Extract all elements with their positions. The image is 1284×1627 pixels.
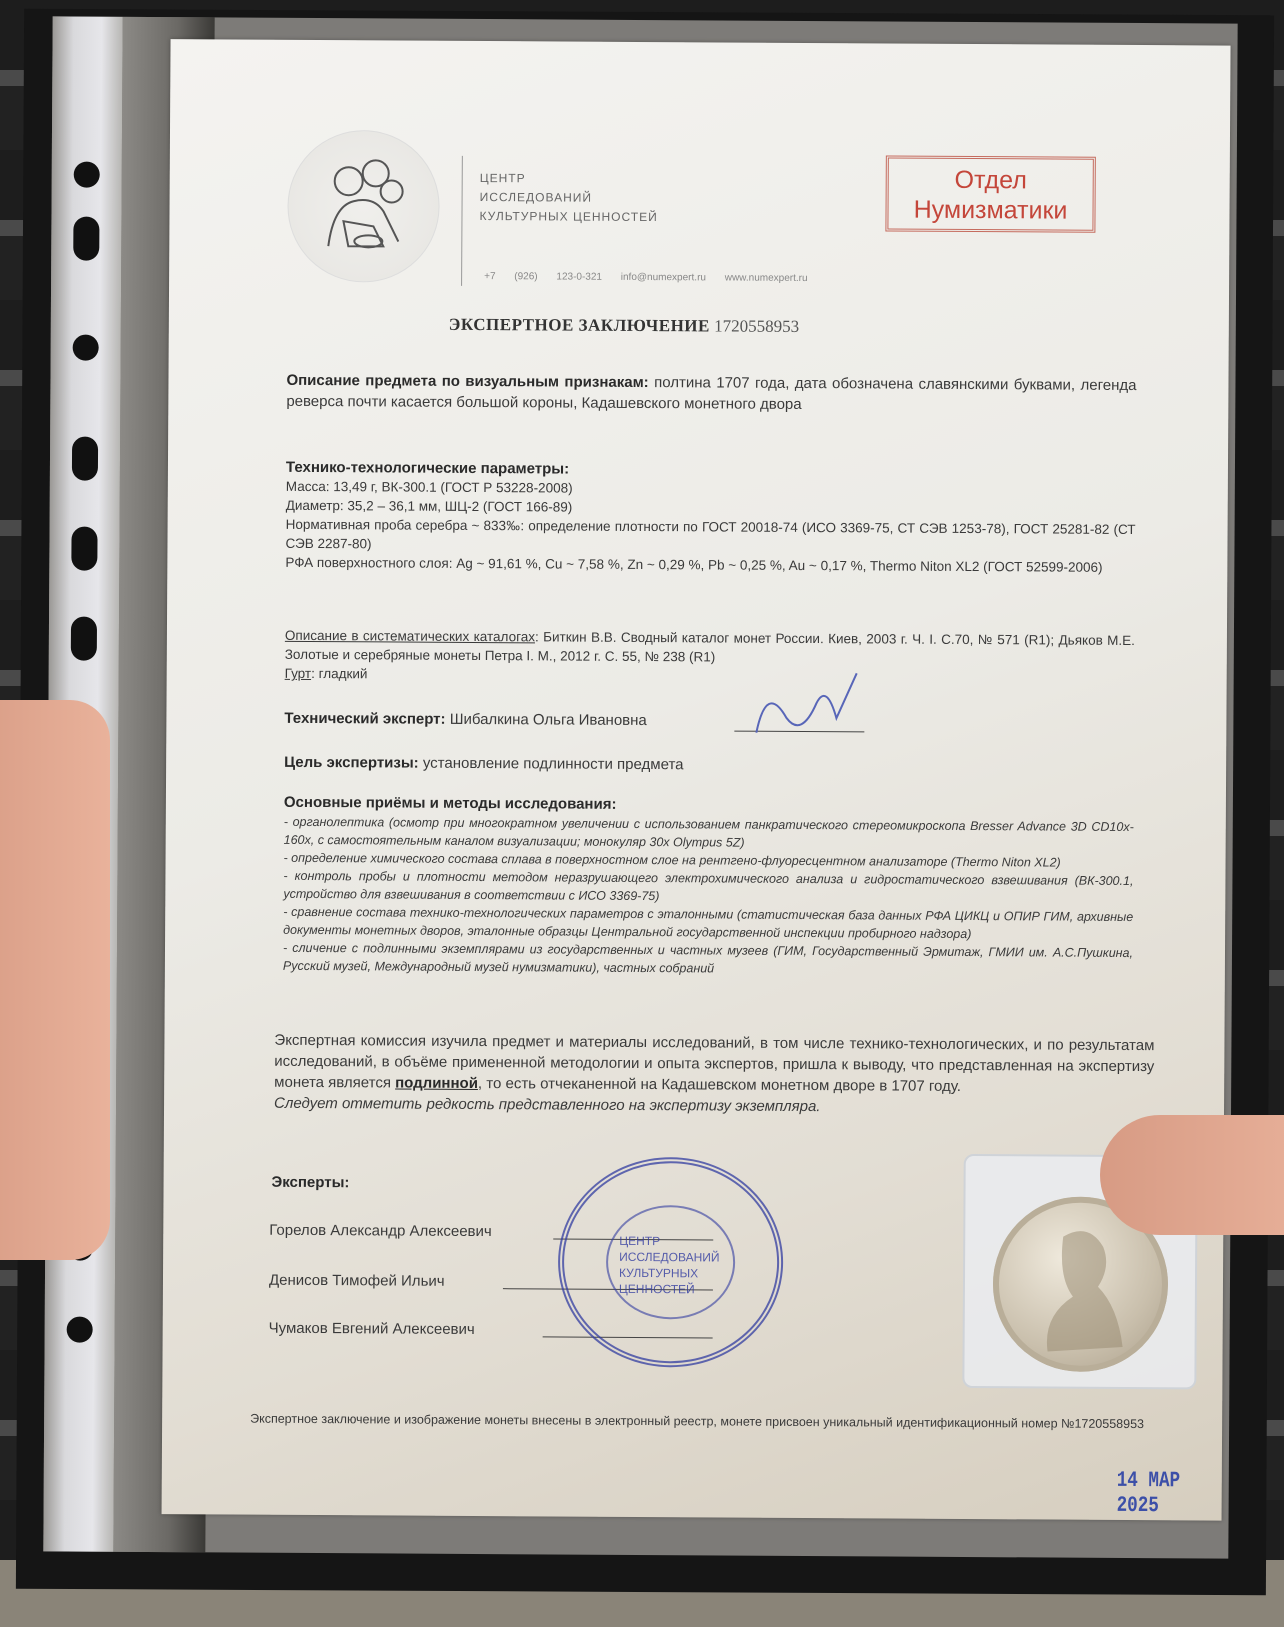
method-item: - контроль пробы и плотности методом нер… — [283, 867, 1133, 908]
org-contacts: +7 (926) 123-0-321 info@numexpert.ru www… — [484, 271, 808, 284]
experts-heading: Эксперты: — [272, 1172, 350, 1193]
examination-goal: Цель экспертизы: установление подлинност… — [284, 752, 683, 775]
conclusion: Экспертная комиссия изучила предмет и ма… — [274, 1030, 1154, 1119]
department-badge: Отдел Нумизматики — [885, 155, 1095, 232]
verdict: подлинной — [395, 1075, 478, 1093]
experts-examining-icon — [313, 151, 414, 262]
expert-name: Чумаков Евгений Алексеевич — [269, 1318, 475, 1340]
seal-text: Центр исследований культурных ценностей — [619, 1233, 720, 1298]
technical-expert: Технический эксперт: Шибалкина Ольга Ива… — [284, 708, 647, 731]
signature-icon — [746, 663, 866, 744]
punch-hole — [73, 217, 99, 261]
left-hand — [0, 700, 110, 1260]
method-item: - сравнение состава технико-технологичес… — [283, 903, 1133, 944]
technical-parameters: Технико-технологические параметры: Масса… — [285, 458, 1136, 577]
punch-hole — [72, 437, 98, 481]
catalog-references: Описание в систематических каталогах: Би… — [285, 626, 1135, 688]
org-name: Центр исследований культурных ценностей — [479, 169, 658, 227]
header-divider — [461, 156, 463, 286]
registry-note: Экспертное заключение и изображение моне… — [250, 1410, 1170, 1435]
org-logo — [287, 130, 440, 283]
certificate-page: Центр исследований культурных ценностей … — [162, 39, 1231, 1520]
punch-hole — [71, 617, 97, 661]
official-seal: Центр исследований культурных ценностей — [557, 1157, 783, 1368]
method-item: - сличение с подлинными экземплярами из … — [283, 939, 1133, 980]
punch-hole — [67, 1317, 93, 1343]
certificate-number: 1720558953 — [714, 316, 799, 336]
document-title: ЭКСПЕРТНОЕ ЗАКЛЮЧЕНИЕ 1720558953 — [449, 315, 799, 337]
research-methods: Основные приёмы и методы исследования: -… — [283, 792, 1134, 980]
right-thumb — [1100, 1115, 1284, 1235]
punch-hole — [71, 527, 97, 571]
punch-hole — [74, 162, 100, 188]
punch-hole — [73, 335, 99, 361]
method-item: - органолептика (осмотр при многократном… — [284, 813, 1134, 854]
item-description: Описание предмета по визуальным признака… — [286, 370, 1136, 417]
plastic-sleeve: Центр исследований культурных ценностей … — [43, 16, 1237, 1558]
date-stamp: 14 МАР 2025 — [1117, 1468, 1201, 1519]
rarity-note: Следует отметить редкость представленног… — [274, 1093, 1154, 1119]
expert-name: Денисов Тимофей Ильич — [269, 1270, 445, 1292]
expert-name: Горелов Александр Алексеевич — [269, 1220, 492, 1242]
